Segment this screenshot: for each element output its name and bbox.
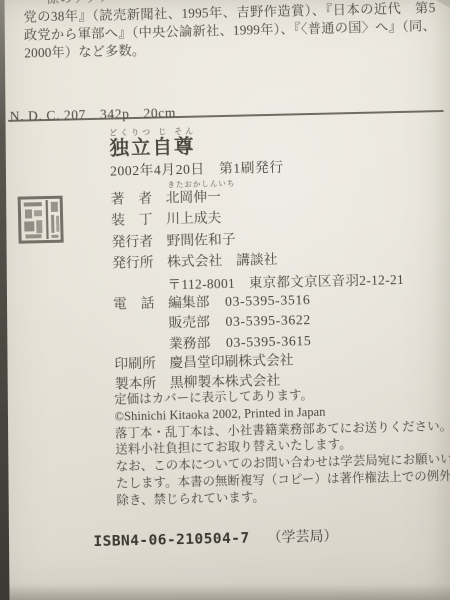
credit-value: 野間佐和子 — [166, 228, 235, 251]
phone-number: 03-5395-3615 — [226, 331, 312, 353]
phone-number: 03-5395-3516 — [225, 290, 311, 312]
page-bottom-shadow — [0, 584, 450, 600]
phone-dept: 販売部 — [168, 312, 225, 334]
notices-block: 定価はカバーに表示してあります。 ©Shinichi Kitaoka 2002,… — [114, 384, 450, 509]
production-label: 印刷所 — [114, 353, 169, 375]
edition-date-line: 2002年4月20日 第1刷発行 — [110, 159, 284, 181]
page-content: 僚のテクノ 党の38年』（読売新聞社、1995年、吉野作造賞）、『日本の近代 第… — [0, 0, 450, 600]
isbn-code: ISBN4-06-210504-7 — [93, 530, 250, 551]
phone-dept: 業務部 — [169, 333, 226, 355]
isbn-row: ISBN4-06-210504-7 （学芸局） — [93, 526, 338, 552]
book-colophon-photo: 僚のテクノ 党の38年』（読売新聞社、1995年、吉野作造賞）、『日本の近代 第… — [0, 0, 450, 600]
credits-block: 著 者 きたおかしんいち 北岡伸一 装 丁 川上成夫 発行者 野間佐和子 発行所… — [110, 185, 277, 274]
credit-label: 装 丁 — [111, 209, 166, 232]
credit-value: 株式会社 講談社 — [167, 249, 278, 273]
publisher-address: 〒112-8001 東京都文京区音羽2-12-21 — [167, 268, 404, 293]
credit-value: 北岡伸一 — [165, 189, 221, 205]
credit-label: 発行者 — [111, 230, 166, 253]
author-furigana: きたおかしんいち — [167, 180, 235, 190]
title-block: どくりつ じ そん 独立自尊 2002年4月20日 第1刷発行 — [109, 125, 284, 181]
book-title: 独立自尊 — [109, 135, 283, 161]
phone-number: 03-5395-3622 — [225, 310, 311, 332]
isbn-dept: （学芸局） — [267, 526, 337, 548]
phone-block: 電 話 編集部 03-5395-3516 販売部 03-5395-3622 業務… — [113, 290, 312, 355]
credit-row-publisher-company: 発行所 株式会社 講談社 — [112, 249, 278, 274]
credit-label: 著 者 — [110, 187, 165, 210]
publisher-seal-stamp-icon — [18, 196, 64, 244]
bibliography-fragment: 僚のテクノ 党の38年』（読売新聞社、1995年、吉野作造賞）、『日本の近代 第… — [23, 0, 437, 62]
credit-value: 川上成夫 — [166, 207, 222, 230]
phone-label: 電 話 — [113, 293, 168, 315]
phone-dept: 編集部 — [168, 292, 225, 314]
production-value: 慶昌堂印刷株式会社 — [169, 350, 294, 373]
credit-label: 発行所 — [112, 251, 167, 274]
ndc-classification: N. D. C. 207 342p 20cm — [10, 101, 177, 125]
